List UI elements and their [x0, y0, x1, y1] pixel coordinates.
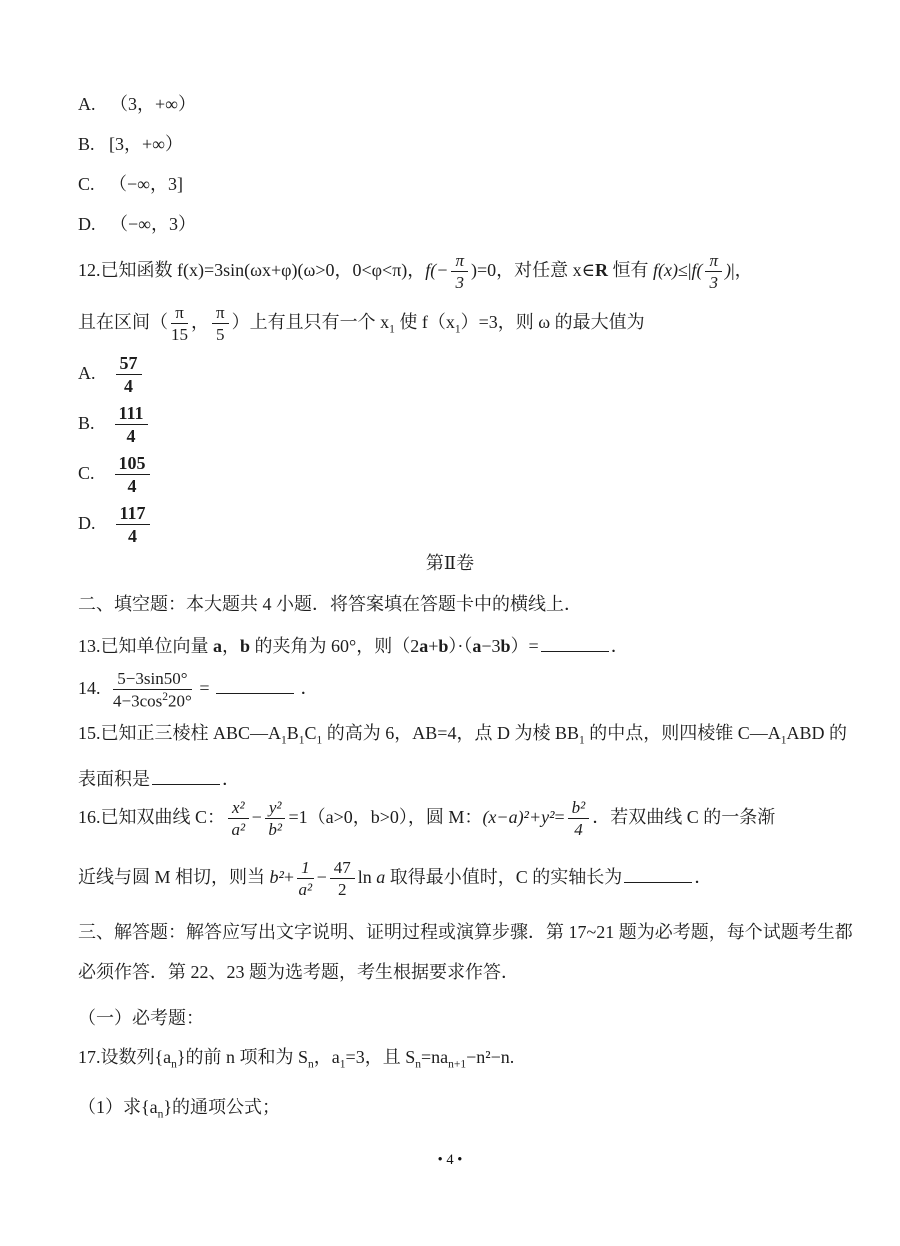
question-text: ，a — [314, 1047, 340, 1067]
required-problems-label: （一）必考题： — [78, 1000, 838, 1036]
question-text: f(x) — [653, 260, 678, 280]
question-text: −n²−n. — [466, 1047, 514, 1067]
question-text: 使 f（x — [395, 312, 455, 332]
fraction-denominator: a² — [297, 879, 314, 900]
question-text: }的通项公式； — [163, 1097, 280, 1117]
option-label: D. — [78, 214, 96, 234]
question-text: 12.已知函数 f(x)=3sin(ωx+φ)(ω>0，0<φ<π)， — [78, 260, 425, 280]
question-text: ≤| — [678, 260, 691, 280]
question-text: 表面积是 — [78, 769, 150, 789]
page-number: • 4 • — [0, 1152, 900, 1169]
fraction: 1114 — [115, 403, 148, 447]
question-text: 近线与圆 M 相切，则当 — [78, 867, 270, 887]
option-label: D. — [78, 513, 96, 533]
question-15: 15.已知正三棱柱 ABC—A1B1C1 的高为 6，AB=4，点 D 为棱 B… — [78, 714, 838, 798]
fraction-denominator: 2 — [330, 879, 355, 900]
fraction: π3 — [705, 251, 722, 293]
option-row-b: B. [3，+∞） — [78, 124, 838, 164]
question-text: ）= — [511, 636, 539, 656]
option-label: C. — [78, 463, 95, 483]
fraction: 5−3sin50°4−3cos220° — [113, 669, 192, 712]
subscript: n+1 — [448, 1059, 466, 1071]
option-row-d: D.1174 — [78, 498, 838, 548]
fraction: π3 — [451, 251, 468, 293]
question-text: 恒有 — [608, 260, 653, 280]
question-text: ln — [358, 867, 377, 887]
fraction-numerator: 1 — [297, 858, 314, 880]
fraction-numerator: π — [171, 303, 188, 325]
question-text: ． — [694, 867, 712, 887]
question-16-line1: 16.已知双曲线 C：x²a²−y²b²=1（a>0，b>0），圆 M：(x−a… — [78, 790, 838, 844]
fraction-denominator: 4 — [115, 475, 150, 497]
exam-page: A. （3，+∞） B. [3，+∞） C. （−∞，3] D. （−∞，3） … — [0, 0, 900, 1246]
vector-b: b — [438, 636, 448, 656]
option-label: B. — [78, 413, 95, 433]
question-14: 14. 5−3sin50°4−3cos220° = ． — [78, 662, 838, 714]
fraction-denominator: 4−3cos220° — [113, 690, 192, 711]
option-row-d: D. （−∞，3） — [78, 204, 838, 244]
fraction: 1054 — [115, 453, 150, 497]
question-text: 取得最小值时，C 的实轴长为 — [385, 867, 622, 887]
question-text: ）上有且只有一个 x — [232, 312, 390, 332]
question-13: 13.已知单位向量 a，b 的夹角为 60°，则（2a+b）·（a−3b）=． — [78, 626, 838, 666]
question-text: R — [595, 260, 608, 280]
question-text: 13.已知单位向量 — [78, 636, 213, 656]
fraction: 472 — [330, 858, 355, 900]
answer-blank — [216, 676, 294, 694]
question-text: 15.已知正三棱柱 ABC—A — [78, 723, 281, 743]
option-row-a: A.574 — [78, 348, 838, 398]
question-12-line2: 且在区间（π15，π5）上有且只有一个 x1 使 f（x1）=3，则 ω 的最大… — [78, 296, 838, 356]
question-text: −3 — [481, 636, 500, 656]
fraction-denominator: a² — [228, 819, 249, 840]
question-17: 17.设数列{an}的前 n 项和为 Sn，a1=3，且 Sn=nan+1−n²… — [78, 1038, 838, 1133]
question-15-line1: 15.已知正三棱柱 ABC—A1B1C1 的高为 6，AB=4，点 D 为棱 B… — [78, 714, 838, 760]
fraction-numerator: 57 — [116, 353, 142, 376]
fraction-denominator: 5 — [212, 324, 229, 345]
den-text: 20° — [168, 692, 192, 711]
question-text: ABD 的 — [786, 723, 847, 743]
question-text: 17.设数列{a — [78, 1047, 171, 1067]
fraction-denominator: b² — [265, 819, 286, 840]
option-label: C. — [78, 174, 95, 194]
fraction-denominator: 15 — [171, 324, 188, 345]
question-16: 16.已知双曲线 C：x²a²−y²b²=1（a>0，b>0），圆 M：(x−a… — [78, 790, 838, 904]
option-row-b: B.1114 — [78, 398, 838, 448]
option-text: （3，+∞） — [110, 94, 196, 114]
fraction-denominator: 4 — [116, 375, 142, 397]
question-text: ）=3，则 ω 的最大值为 — [461, 312, 645, 332]
question-text: ． — [611, 636, 629, 656]
fraction: x²a² — [228, 798, 249, 840]
question-12: 12.已知函数 f(x)=3sin(ωx+φ)(ω>0，0<φ<π)，f(−π3… — [78, 244, 838, 356]
fraction-numerator: x² — [228, 798, 249, 820]
solution-header-line2: 必须作答．第 22、23 题为选考题，考生根据要求作答． — [78, 952, 838, 992]
question-text: ）·（ — [448, 636, 472, 656]
question-text: ．若双曲线 C 的一条渐 — [592, 807, 775, 827]
solution-section-header: 三、解答题：解答应写出文字说明、证明过程或演算步骤．第 17~21 题为必考题，… — [78, 912, 838, 992]
question-text: }的前 n 项和为 S — [177, 1047, 308, 1067]
fraction: 574 — [116, 353, 142, 397]
vector-a: a — [213, 636, 222, 656]
fraction-denominator: 3 — [705, 272, 722, 293]
question-12-options: A.574 B.1114 C.1054 D.1174 — [78, 348, 838, 548]
question-number: 14. — [78, 678, 101, 698]
question-text: = — [555, 807, 565, 827]
fraction: b²4 — [568, 798, 590, 840]
fraction: 1174 — [116, 503, 150, 547]
option-text: [3，+∞） — [109, 134, 183, 154]
question-text: )=0，对任意 x∈ — [471, 260, 595, 280]
question-text: + — [428, 636, 438, 656]
option-row-c: C. （−∞，3] — [78, 164, 838, 204]
question-17-line1: 17.设数列{an}的前 n 项和为 Sn，a1=3，且 Sn=nan+1−n²… — [78, 1038, 838, 1084]
option-row-a: A. （3，+∞） — [78, 84, 838, 124]
solution-header-line1: 三、解答题：解答应写出文字说明、证明过程或演算步骤．第 17~21 题为必考题，… — [78, 912, 838, 952]
question-text: − — [317, 867, 327, 887]
fraction-numerator: 111 — [115, 403, 148, 426]
question-text: 的高为 6，AB=4，点 D 为棱 BB — [322, 723, 579, 743]
den-text: 4−3cos — [113, 692, 162, 711]
question-text: 16.已知双曲线 C： — [78, 807, 225, 827]
circle-equation: (x−a)²+y² — [482, 807, 554, 827]
question-text: ． — [222, 769, 240, 789]
question-text: ． — [300, 678, 318, 698]
option-label: B. — [78, 134, 95, 154]
fraction-denominator: 4 — [115, 425, 148, 447]
question-text: （1）求{a — [78, 1097, 158, 1117]
option-label: A. — [78, 363, 96, 383]
fraction: y²b² — [265, 798, 286, 840]
question-text: 且在区间（ — [78, 312, 168, 332]
math-term: b² — [270, 867, 284, 887]
question-12-line1: 12.已知函数 f(x)=3sin(ωx+φ)(ω>0，0<φ<π)，f(−π3… — [78, 244, 838, 296]
fraction-numerator: b² — [568, 798, 590, 820]
question-text: C — [305, 723, 317, 743]
question-text: 的夹角为 60°，则（2 — [250, 636, 419, 656]
vector-a: a — [419, 636, 428, 656]
fraction-numerator: π — [705, 251, 722, 273]
question-text: f( — [691, 260, 702, 280]
fraction: π5 — [212, 303, 229, 345]
fraction-numerator: y² — [265, 798, 286, 820]
fraction-numerator: 47 — [330, 858, 355, 880]
math-term: a — [376, 867, 385, 887]
fraction-numerator: 117 — [116, 503, 150, 526]
option-text: （−∞，3] — [109, 174, 183, 194]
question-text: =na — [421, 1047, 448, 1067]
question-text: = — [199, 678, 209, 698]
question-17-part1: （1）求{an}的通项公式； — [78, 1088, 838, 1134]
question-text: B — [287, 723, 299, 743]
answer-blank — [541, 634, 609, 652]
vector-b: b — [501, 636, 511, 656]
option-label: A. — [78, 94, 96, 114]
option-text: （−∞，3） — [110, 214, 196, 234]
fraction-denominator: 4 — [568, 819, 590, 840]
question-text: 的中点，则四棱锥 C—A — [585, 723, 781, 743]
question-text: ， — [222, 636, 240, 656]
question-text: =3，且 S — [346, 1047, 416, 1067]
fraction-numerator: π — [212, 303, 229, 325]
question-text: =1（a>0，b>0），圆 M： — [288, 807, 482, 827]
answer-blank — [152, 767, 220, 785]
fraction-numerator: π — [451, 251, 468, 273]
question-16-line2: 近线与圆 M 相切，则当 b²+1a²−472ln a 取得最小值时，C 的实轴… — [78, 850, 838, 904]
fraction-numerator: 5−3sin50° — [113, 669, 192, 691]
fraction-numerator: 105 — [115, 453, 150, 476]
fraction-denominator: 3 — [451, 272, 468, 293]
option-row-c: C.1054 — [78, 448, 838, 498]
question-text: + — [284, 867, 294, 887]
question-11-options: A. （3，+∞） B. [3，+∞） C. （−∞，3] D. （−∞，3） — [78, 84, 838, 244]
answer-blank — [624, 865, 692, 883]
question-text: f(− — [425, 260, 448, 280]
question-text: − — [252, 807, 262, 827]
part2-title: 第Ⅱ卷 — [0, 550, 900, 576]
question-text: ， — [191, 312, 209, 332]
fraction: π15 — [171, 303, 188, 345]
fraction: 1a² — [297, 858, 314, 900]
fill-in-section-header: 二、填空题：本大题共 4 小题．将答案填在答题卡中的横线上． — [78, 587, 838, 621]
fraction-denominator: 4 — [116, 525, 150, 547]
vector-b: b — [240, 636, 250, 656]
question-text: |， — [731, 260, 753, 280]
